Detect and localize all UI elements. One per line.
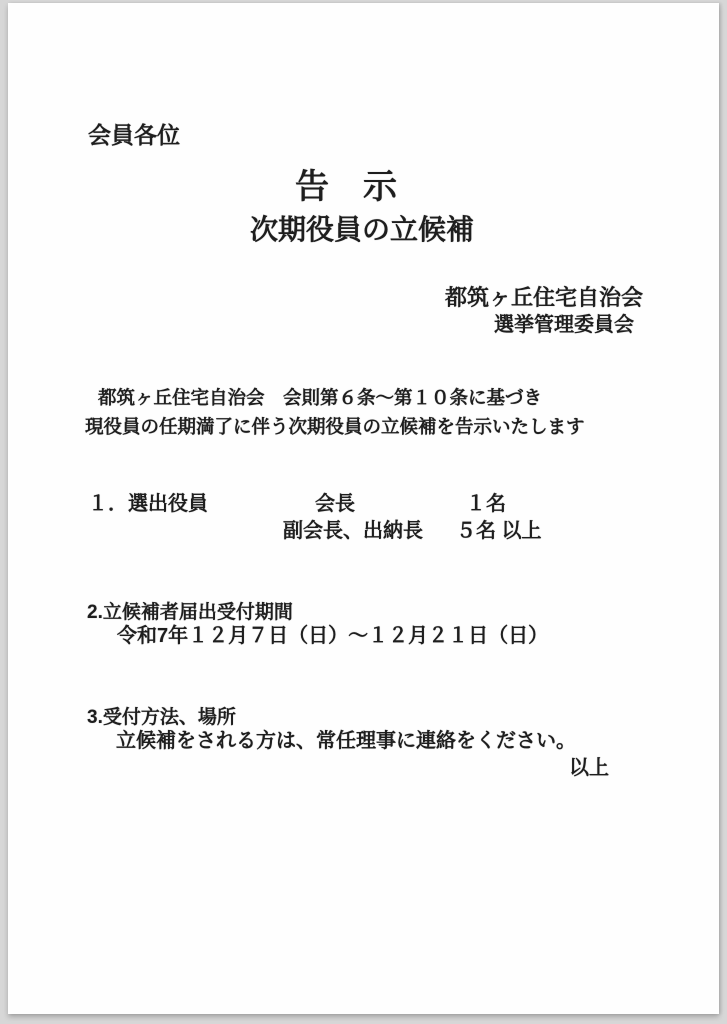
- section1-heading: １．選出役員: [88, 492, 208, 517]
- page-background: { "document": { "salutation": "会員各位", "t…: [0, 0, 727, 1024]
- salutation: 会員各位: [88, 121, 180, 150]
- section2-heading: 2.立候補者届出受付期間: [87, 601, 293, 625]
- section3-heading: 3.受付方法、場所: [87, 706, 236, 730]
- closing-mark: 以上: [569, 756, 609, 781]
- section2-period: 令和7年１２月７日（日）～１２月２１日（日）: [117, 624, 548, 649]
- preamble-line-2: 現役員の任期満了に伴う次期役員の立候補を告示いたします: [85, 415, 585, 438]
- section1-row1-role: 会長: [315, 492, 355, 517]
- issuer-committee: 選挙管理委員会: [494, 313, 634, 338]
- section1-row2-count: ５名 以上: [456, 519, 542, 544]
- notice-document: 会員各位 告 示 次期役員の立候補 都筑ヶ丘住宅自治会 選挙管理委員会 都筑ヶ丘…: [0, 0, 727, 1024]
- section1-row1-count: １名: [466, 492, 506, 517]
- issuer-organization: 都筑ヶ丘住宅自治会: [445, 284, 643, 312]
- section3-instruction: 立候補をされる方は、常任理事に連絡をください。: [116, 729, 576, 754]
- document-title: 告 示: [295, 167, 397, 208]
- preamble-line-1: 都筑ヶ丘住宅自治会 会則第６条～第１０条に基づき: [98, 386, 542, 409]
- document-subtitle: 次期役員の立候補: [250, 212, 474, 247]
- section1-row2-role: 副会長、出納長: [283, 519, 423, 544]
